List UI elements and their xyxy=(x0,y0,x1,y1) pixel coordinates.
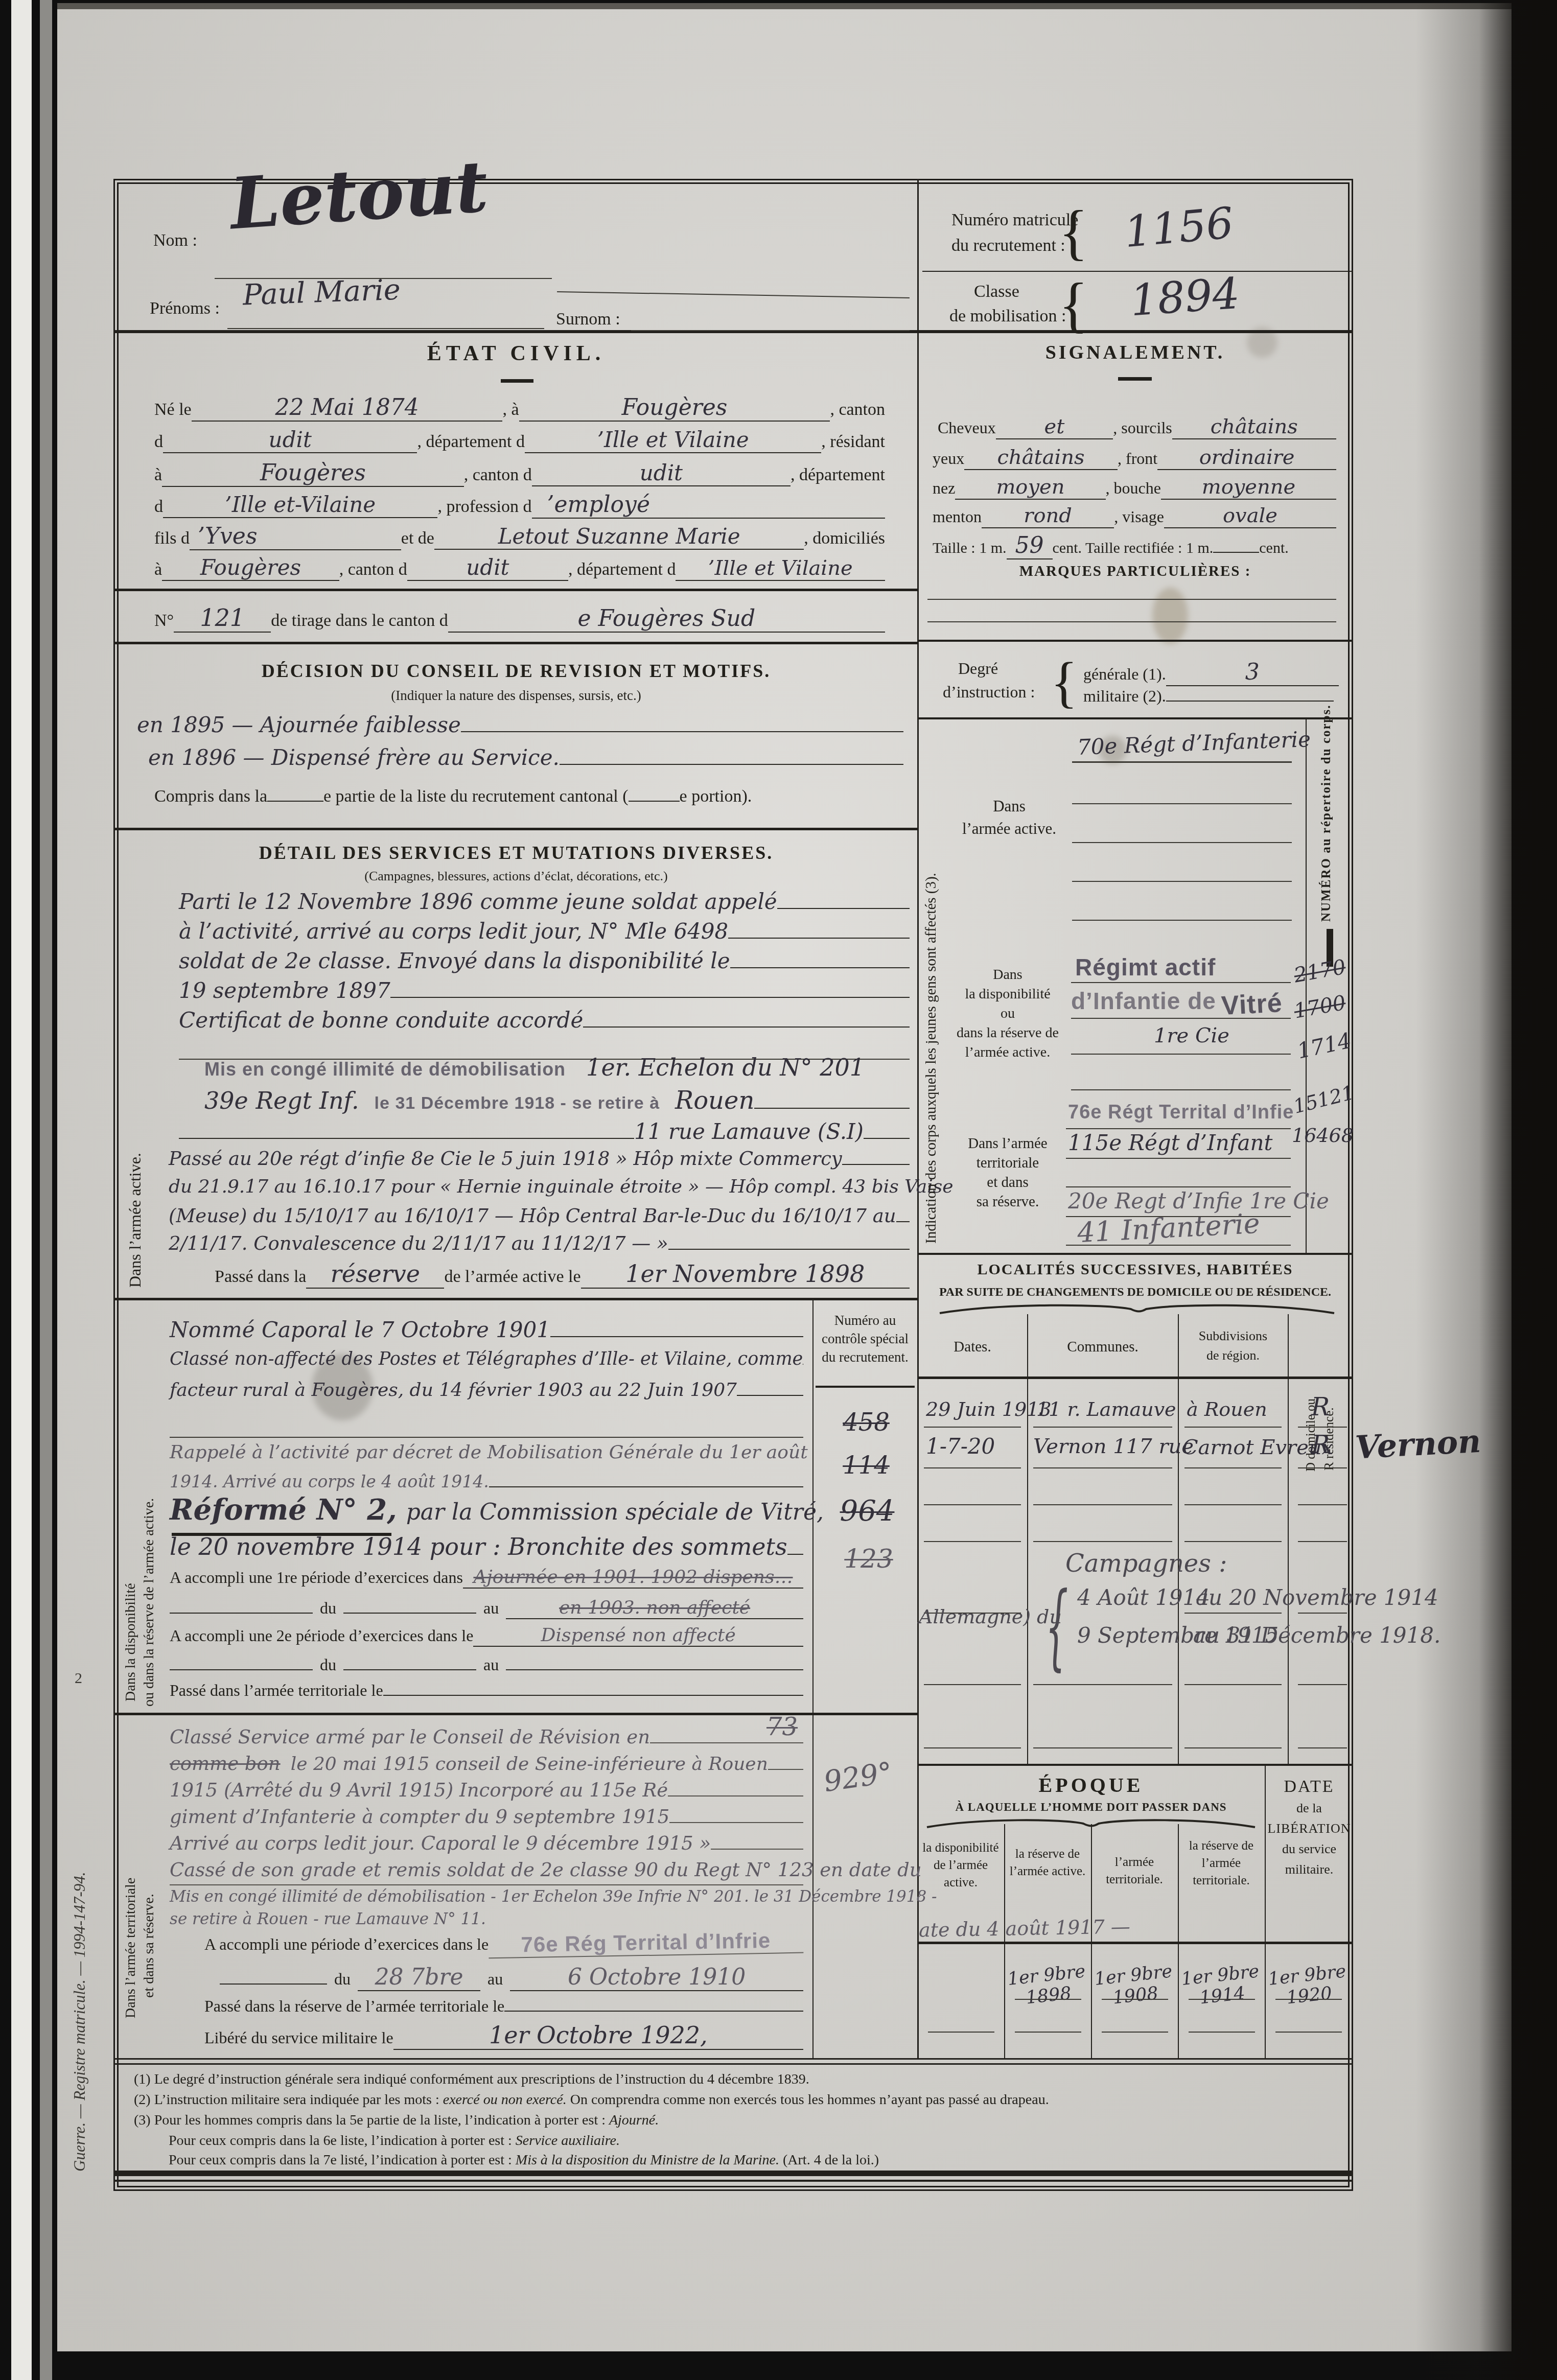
departement-label: , département d xyxy=(417,432,525,452)
localites-r1-dr: R xyxy=(1311,1393,1330,1421)
epoque-date-header-5: militaire. xyxy=(1267,1862,1351,1877)
bronchite-value: le 20 novembre 1914 pour : Bronchite des… xyxy=(170,1533,787,1560)
corps-terr-label-3: et dans xyxy=(957,1174,1059,1191)
residence-a-label: à xyxy=(154,465,162,485)
decision-line-1: en 1895 — Ajournée faiblesse xyxy=(137,712,903,737)
cheveux-label: Cheveux xyxy=(938,418,996,437)
localites-col-subdiv-2: de région. xyxy=(1179,1348,1287,1363)
footnote-2-tail: On comprendra comme non exercés tous les… xyxy=(567,2092,1049,2108)
infanterie-compter-value: giment d’Infanterie à compter du 9 septe… xyxy=(170,1806,669,1828)
footnote-3a-italic: Ajourné. xyxy=(609,2112,659,2128)
services-text-5: Certificat de bonne conduite accordé xyxy=(179,1008,583,1033)
loc-r2-u3 xyxy=(1184,1467,1282,1468)
canton-value: udit xyxy=(163,427,417,453)
rule-matricule-divider xyxy=(922,271,1353,272)
dispo-line-1: Nommé Caporal le 7 Octobre 1901 xyxy=(170,1317,803,1342)
loc-blank-4d xyxy=(1298,1684,1347,1685)
disponibilite-side-label-2: ou dans la réserve de l’armée active. xyxy=(141,1318,157,1707)
epoque-u3 xyxy=(1102,1999,1168,2000)
residence-canton-value: udit xyxy=(532,460,791,486)
services-line-3: soldat de 2e classe. Envoyé dans la disp… xyxy=(179,948,910,973)
epoque-b4 xyxy=(1189,2032,1255,2033)
classe-label-2: de mobilisation : xyxy=(949,307,1066,326)
decision-1896-value: en 1896 — Dispensé frère au Service. xyxy=(148,745,560,770)
services-conge-row-1: Mis en congé illimité de démobilisation … xyxy=(204,1054,910,1081)
divider-localites-2 xyxy=(1178,1314,1179,1764)
reforme-value-rest: par la Commission spéciale de Vitré, xyxy=(406,1499,824,1525)
degre-label-2: d’instruction : xyxy=(943,683,1035,702)
terr-row-2-number: 16468 xyxy=(1292,1124,1354,1147)
etat-civil-title-dash xyxy=(501,379,533,383)
parents-canton-value: udit xyxy=(407,555,568,581)
loc-blank-5c xyxy=(1184,1747,1282,1748)
matricule-brace: { xyxy=(1059,197,1088,268)
marques-blank-2 xyxy=(927,621,1336,622)
localites-title-2: PAR SUITE DE CHANGEMENTS DE DOMICILE OU … xyxy=(917,1286,1353,1299)
nez-value: moyen xyxy=(955,475,1105,500)
departement-value: ’Ille et Vilaine xyxy=(525,427,821,453)
scan-top-edge xyxy=(57,3,1512,9)
corps-active-blank-2 xyxy=(1072,842,1292,843)
terr-passe-reserve-row: Passé dans la réserve de l’armée territo… xyxy=(204,1997,803,2016)
loc-r2-u4 xyxy=(1298,1467,1347,1468)
yeux-value: châtains xyxy=(964,446,1118,470)
corps-active-label-2: l’armée active. xyxy=(955,820,1064,838)
terr-line-5: Arrivé au corps ledit jour. Caporal le 9… xyxy=(170,1832,803,1854)
loc-r1-u1 xyxy=(924,1427,1021,1428)
rule-right-4 xyxy=(917,1764,1353,1766)
localites-r2-date: 1-7-20 xyxy=(926,1434,995,1459)
periode-1-label: A accompli une 1re période d’exercices d… xyxy=(170,1568,463,1587)
degre-brace: { xyxy=(1051,650,1078,715)
services-line-4: 19 septembre 1897 xyxy=(179,978,910,1003)
dispo-line-2: Classé non-affecté des Postes et Télégra… xyxy=(170,1349,803,1369)
birth-label: Né le xyxy=(154,400,192,419)
dispo-periode-2b: du au xyxy=(170,1655,803,1674)
terr-line-4: giment d’Infanterie à compter du 9 septe… xyxy=(170,1806,803,1828)
margin-imprint: Guerre. — Registre matricule. — 1994-147… xyxy=(71,1701,89,2172)
signalement-title: SIGNALEMENT. xyxy=(917,341,1353,364)
etat-civil-row-4: d ’Ille et-Vilaine , profession d ’emplo… xyxy=(154,492,885,519)
menton-label: menton xyxy=(933,507,982,526)
epoque-b1 xyxy=(928,2032,994,2033)
surnom-label: Surnom : xyxy=(556,310,620,329)
services-hopital-3: (Meuse) du 15/10/17 au 16/10/17 — Hôp Ce… xyxy=(169,1205,910,1227)
tirage-row: N° 121 de tirage dans le canton d e Foug… xyxy=(154,604,885,633)
rule-epoque-header xyxy=(917,1942,1353,1944)
casse-grade-value: Cassé de son grade et remis soldat de 2e… xyxy=(170,1859,922,1881)
birth-date-value: 22 Mai 1874 xyxy=(192,394,503,422)
nom-label: Nom : xyxy=(153,231,197,250)
services-conge-row-2: 39e Regt Inf. le 31 Décembre 1918 - se r… xyxy=(204,1086,910,1115)
libere-date-value: 1er Octobre 1922, xyxy=(393,2021,803,2050)
signalement-row-3: nez moyen , bouche moyenne xyxy=(933,475,1336,500)
parents-departement-label: , département d xyxy=(568,560,676,579)
corps-active-label-1: Dans xyxy=(961,797,1058,815)
divider-localites-3 xyxy=(1288,1314,1289,1764)
decision-subtitle: (Indiquer la nature des dispenses, sursi… xyxy=(119,688,914,704)
epoque-u2 xyxy=(1015,1999,1081,2000)
matricule-label-2: du recrutement : xyxy=(951,236,1065,255)
services-text-2: à l’activité, arrivé au corps ledit jour… xyxy=(179,919,728,944)
disponibilite-side-label-1: Dans la disponibilité xyxy=(123,1328,139,1701)
signalement-row-1: Cheveux et , sourcils châtains xyxy=(938,415,1336,439)
dispo-underline-1 xyxy=(1071,982,1291,983)
services-text-1: Parti le 12 Novembre 1896 comme jeune so… xyxy=(179,889,777,914)
terr-libere-row: Libéré du service militaire le 1er Octob… xyxy=(204,2021,803,2050)
classe-label-1: Classe xyxy=(974,282,1019,301)
services-address-row: 11 rue Lamauve (S.I) xyxy=(179,1119,910,1144)
father-label: fils d xyxy=(154,529,190,548)
terr-underline-1 xyxy=(1066,1128,1291,1129)
birth-place-value: Fougères xyxy=(519,394,830,422)
etat-civil-row-1: Né le 22 Mai 1874 , à Fougères , canton xyxy=(154,394,885,422)
divider-controle-left xyxy=(812,1298,814,2058)
epoque-date-header-1: DATE xyxy=(1267,1777,1351,1796)
epoque-b2 xyxy=(1015,2032,1081,2033)
services-hopital-4: 2/11/17. Convalescence du 2/11/17 au 11/… xyxy=(169,1232,910,1254)
father-name-value: ’Yves xyxy=(190,523,401,550)
taille-label: Taille : 1 m. xyxy=(933,540,1007,557)
nez-label: nez xyxy=(933,479,955,498)
footnote-3c-text: Pour ceux compris dans la 7e listé, l’in… xyxy=(169,2152,516,2168)
compagnie-value: 1re Cie xyxy=(1154,1024,1229,1047)
localites-title-1: LOCALITÉS SUCCESSIVES, HABITÉES xyxy=(917,1261,1353,1278)
rule-right-3 xyxy=(917,1253,1353,1255)
loc-blank-4a xyxy=(924,1684,1021,1685)
periode-2-value: Dispensé non affecté xyxy=(473,1625,803,1647)
epoque-value-reserve-territoriale: 1er 9bre 1914 xyxy=(1177,1961,1265,2011)
services-side-label: Dans l’armée active. xyxy=(126,909,145,1288)
services-line-1: Parti le 12 Novembre 1896 comme jeune so… xyxy=(179,889,910,914)
loc-r1-u3 xyxy=(1184,1427,1282,1428)
binding-strip-white xyxy=(11,0,32,2380)
visage-value: ovale xyxy=(1164,504,1336,528)
epoque-value-reserve-active: 1er 9bre 1898 xyxy=(1004,1961,1091,2011)
regiment-actif-stamp-2: d’Infantie de xyxy=(1071,987,1216,1015)
footnote-3a: (3) Pour les hommes compris dans la 5e p… xyxy=(134,2112,659,2129)
campagnes-prefix: Allemagne) du xyxy=(919,1605,1062,1628)
loc-blank-1a xyxy=(924,1504,1021,1505)
campagne-2-to: au 31 Décembre 1918. xyxy=(1193,1623,1440,1648)
territoriale-side-label-2: et dans sa réserve. xyxy=(141,1753,157,1998)
campagne-1-from: 4 Août 1914 xyxy=(1077,1585,1210,1610)
terr-regiment-stamp: 76e Rég Territal d’Infrie xyxy=(489,1928,804,1959)
epoque-date-header-3: LIBÉRATION xyxy=(1267,1821,1351,1836)
dispo-periode-1b: du au en 1903. non affecté xyxy=(170,1597,803,1619)
residence-value: Fougères xyxy=(162,460,464,487)
signalement-row-2: yeux châtains , front ordinaire xyxy=(933,446,1336,470)
taille-value: 59 xyxy=(1007,532,1053,559)
dispo-underline-2 xyxy=(1071,1018,1291,1019)
conge-date-stamp: le 31 Décembre 1918 - se retire à xyxy=(375,1093,660,1113)
corps-dispo-label-5: l’armée active. xyxy=(951,1044,1064,1061)
terr-periode-label: A accompli une période d’exercices dans … xyxy=(204,1935,489,1954)
dispo-underline-4 xyxy=(1071,1089,1291,1090)
parents-departement-value: ’Ille et Vilaine xyxy=(676,556,885,581)
terr-au-label: au xyxy=(487,1970,503,1989)
classe-value: 1894 xyxy=(1129,268,1241,326)
loc-blank-5a xyxy=(924,1747,1021,1748)
services-subtitle: (Campagnes, blessures, actions d’éclat, … xyxy=(119,869,914,884)
corps-dispo-label-3: ou xyxy=(957,1006,1059,1022)
localites-r1-subdiv: à Rouen xyxy=(1187,1398,1267,1420)
compris-label-2: e partie de la liste du recrutement cant… xyxy=(323,787,629,806)
periode-2-du-label: du xyxy=(320,1655,336,1674)
corps-active-blank-1 xyxy=(1072,803,1292,804)
tirage-text-label: de tirage dans le canton d xyxy=(271,611,448,631)
dispo-periode-2: A accompli une 2e période d’exercices da… xyxy=(170,1625,803,1647)
decision-line-2-rule xyxy=(560,762,903,765)
etat-civil-row-3: à Fougères , canton d udit , département xyxy=(154,460,885,487)
parents-residence-value: Fougères xyxy=(162,555,339,581)
footnote-2-text: (2) L’instruction militaire sera indiqué… xyxy=(134,2092,443,2108)
classe-brace: { xyxy=(1059,270,1088,340)
dispo-line-6: Réformé N° 2, par la Commission spéciale… xyxy=(170,1493,803,1527)
rule-controle-header xyxy=(816,1386,915,1388)
footnote-3c: Pour ceux compris dans la 7e listé, l’in… xyxy=(169,2152,879,2168)
front-value: ordinaire xyxy=(1157,446,1336,470)
terr-row-1-stamp: 76e Régt Territal d’Infie xyxy=(1068,1102,1294,1124)
terr-periode-row: A accompli une période d’exercices dans … xyxy=(204,1930,803,1956)
tirage-canton-value: e Fougères Sud xyxy=(448,605,885,633)
militaire-label: militaire (2). xyxy=(1083,687,1166,706)
footnote-3b-text: Pour ceux compris dans la 6e liste, l’in… xyxy=(169,2133,516,2149)
campagnes-title: Campagnes : xyxy=(1065,1549,1227,1578)
etat-civil-row-2: d udit , département d ’Ille et Vilaine … xyxy=(154,427,885,453)
rule-left-4 xyxy=(113,1298,917,1300)
comme-bon-struck: comme bon xyxy=(170,1753,281,1775)
bouche-value: moyenne xyxy=(1161,475,1336,500)
corps-active-blank-3 xyxy=(1072,881,1292,882)
services-hopital-2: du 21.9.17 au 16.10.17 pour « Hernie ing… xyxy=(169,1176,910,1197)
compris-blank-2 xyxy=(629,801,680,802)
footnote-3b: Pour ceux compris dans la 6e liste, l’in… xyxy=(169,2133,620,2149)
dispo-blank-rule xyxy=(170,1437,803,1438)
dispo-underline-3 xyxy=(1071,1054,1291,1055)
epoque-title: ÉPOQUE xyxy=(917,1773,1265,1797)
terr-du-value: 28 7bre xyxy=(358,1964,480,1991)
reserve-label-2: de l’armée active le xyxy=(444,1267,580,1287)
dispo-line-4: Rappelé à l’activité par décret de Mobil… xyxy=(170,1442,803,1463)
decision-line-1-rule xyxy=(461,729,903,732)
rule-right-1 xyxy=(917,640,1353,642)
controle-header: Numéro au contrôle spécial du recrutemen… xyxy=(818,1311,913,1366)
sourcils-label: , sourcils xyxy=(1113,418,1172,437)
loc-blank-1b xyxy=(1033,1504,1172,1505)
residence-departement-label: , département xyxy=(791,465,885,485)
epoque-value-territoriale: 1er 9bre 1908 xyxy=(1090,1961,1178,2011)
mother-label: et de xyxy=(401,529,434,548)
marques-label: MARQUES PARTICULIÈRES : xyxy=(917,563,1353,580)
parents-residence-a-label: à xyxy=(154,560,162,579)
epoque-col-1-header: la disponibilité de l’armée active. xyxy=(920,1839,1002,1892)
degre-generale-row: générale (1). 3 xyxy=(1083,659,1339,686)
corps-side-label: Indication des corps auxquels les jeunes… xyxy=(923,728,940,1244)
decision-line-2: en 1896 — Dispensé frère au Service. xyxy=(148,745,903,770)
conge-echelon-value: 1er. Echelon du N° 201 xyxy=(586,1054,865,1081)
corps-active-underline xyxy=(1072,761,1292,763)
rule-footnotes-top-b xyxy=(113,2063,1353,2065)
compris-label-3: e portion). xyxy=(680,787,752,806)
periode-1-value: Ajournée en 1901. 1902 dispens… xyxy=(463,1567,803,1589)
signalement-title-dash xyxy=(1118,377,1152,381)
taille-rectifiee-label: cent. Taille rectifiée : 1 m. xyxy=(1053,540,1214,557)
conseil-rouen-value: le 20 mai 1915 conseil de Seine-inférieu… xyxy=(291,1754,768,1775)
localites-r2-subdiv: Carnot Evreux xyxy=(1182,1436,1333,1459)
postes-value-2: facteur rural à Fougères, du 14 février … xyxy=(170,1380,737,1401)
terr-line-3: 1915 (Arrêté du 9 Avril 1915) Incorporé … xyxy=(170,1779,803,1801)
footnote-3a-text: (3) Pour les hommes compris dans la 5e p… xyxy=(134,2112,609,2128)
generale-value: 3 xyxy=(1166,659,1339,686)
localites-r1-date: 29 Juin 1913 xyxy=(926,1398,1052,1420)
terr-row-3-value: 20e Regt d’Infie 1re Cie xyxy=(1068,1188,1329,1214)
scan-right-edge xyxy=(1415,0,1557,2380)
dispo-line-3: facteur rural à Fougères, du 14 février … xyxy=(170,1380,803,1401)
terr-du-label: du xyxy=(334,1970,351,1989)
localites-r1-commune: 11 r. Lamauve xyxy=(1036,1398,1176,1420)
caporal-1915-value: Arrivé au corps ledit jour. Caporal le 9… xyxy=(170,1832,711,1854)
tirage-no-label: N° xyxy=(154,611,174,631)
rappel-value-1: Rappelé à l’activité par décret de Mobil… xyxy=(170,1442,808,1463)
epoque-col-2-header: la réserve de l’armée active. xyxy=(1007,1846,1088,1880)
controle-number-2: 114 xyxy=(833,1451,899,1480)
epoque-value-liberation: 1er 9bre 1920 xyxy=(1264,1961,1352,2011)
localites-r2-commune: Vernon 117 rue xyxy=(1033,1435,1194,1458)
reforme-value-bold: Réformé N° 2, xyxy=(170,1493,397,1527)
campagne-1-to: au 20 Novembre 1914 xyxy=(1196,1585,1438,1610)
localites-r2-dr: R xyxy=(1311,1431,1330,1459)
services-reserve-row: Passé dans la réserve de l’armée active … xyxy=(215,1260,910,1289)
etat-civil-title: ÉTAT CIVIL. xyxy=(119,341,914,366)
rule-bottom-band-b xyxy=(113,2180,1353,2182)
libere-label: Libéré du service militaire le xyxy=(204,2028,393,2047)
residence-dep-d-label: d xyxy=(154,497,163,517)
periode-1-au-value: en 1903. non affecté xyxy=(506,1597,803,1619)
terr-au-value: 6 Octobre 1910 xyxy=(510,1964,803,1991)
degre-militaire-row: militaire (2). xyxy=(1083,687,1334,706)
loc-blank-3d xyxy=(1298,1613,1347,1614)
canton-d-label: d xyxy=(154,432,163,452)
dispo-territoriale-row: Passé dans l’armée territoriale le xyxy=(170,1681,803,1700)
hopital-text-4: 2/11/17. Convalescence du 2/11/17 au 11/… xyxy=(169,1232,668,1254)
birth-place-label: , à xyxy=(502,400,519,419)
residant-label: , résidant xyxy=(821,432,885,452)
reserve-label-1: Passé dans la xyxy=(215,1267,306,1287)
terr-line-2: comme bon le 20 mai 1915 conseil de Sein… xyxy=(170,1753,803,1775)
localites-col-communes: Communes. xyxy=(1029,1339,1176,1356)
taille-rectifiee-blank xyxy=(1213,552,1259,553)
corps-dispo-label-1: Dans xyxy=(957,967,1059,983)
profession-label: , profession d xyxy=(437,497,531,517)
front-label: , front xyxy=(1118,449,1157,468)
dispo-line-5: 1914. Arrivé au corps le 4 août 1914. xyxy=(170,1472,803,1491)
marques-blank-1 xyxy=(927,599,1336,600)
terr-du-au-row: du 28 7bre au 6 Octobre 1910 xyxy=(220,1964,803,1991)
dispo-periode-1: A accompli une 1re période d’exercices d… xyxy=(170,1567,803,1589)
services-hopital-1: Passé au 20e régt d’infie 8e Cie le 5 ju… xyxy=(169,1148,910,1170)
postes-value-1: Classé non-affecté des Postes et Télégra… xyxy=(170,1349,803,1369)
footnote-2-italic: exercé ou non exercé. xyxy=(443,2092,567,2108)
regiment-actif-stamp-1: Régimt actif xyxy=(1075,953,1216,981)
divider-epoque-1 xyxy=(1004,1824,1005,2058)
prenoms-underline xyxy=(227,328,544,329)
hopital-text-2: du 21.9.17 au 16.10.17 pour « Hernie ing… xyxy=(169,1176,954,1197)
services-line-2: à l’activité, arrivé au corps ledit jour… xyxy=(179,919,910,944)
rule-footnotes-top-a xyxy=(113,2058,1353,2060)
corps-terr-label-2: territoriale xyxy=(951,1155,1064,1172)
residence-canton-label: , canton d xyxy=(464,465,532,485)
epoque-date-header-2: de la xyxy=(1267,1801,1351,1816)
cheveux-value: et xyxy=(996,415,1113,439)
residence-departement-value: ’Ille et-Vilaine xyxy=(163,492,437,518)
territoriale-side-label-1: Dans l’armée territoriale xyxy=(123,1732,139,2018)
loc-blank-4c xyxy=(1184,1684,1282,1685)
binding-strip-grey xyxy=(40,0,52,2380)
margin-page-number: 2 xyxy=(75,1670,82,1687)
footnote-3c-italic: Mis à la disposition du Ministre de la M… xyxy=(516,2152,779,2168)
terr-passe-label: Passé dans la réserve de l’armée territo… xyxy=(204,1997,504,2016)
numero-repertoire-label: NUMÉRO au répertoire du corps. xyxy=(1319,728,1334,922)
address-value: 11 rue Lamauve (S.I) xyxy=(634,1119,864,1144)
loc-blank-5d xyxy=(1298,1747,1347,1748)
epoque-date-header-4: du service xyxy=(1267,1841,1351,1857)
periode-2-au-label: au xyxy=(483,1655,499,1674)
epoque-subtitle: À LAQUELLE L’HOMME DOIT PASSER DANS xyxy=(917,1801,1265,1814)
conge-demobilisation-value: Mis en congé illimité de démobilisation … xyxy=(170,1887,937,1906)
corps-dispo-label-4: dans la réserve de xyxy=(948,1025,1067,1041)
localites-col-subdiv-1: Subdivisions xyxy=(1179,1328,1287,1344)
arrete-value: 1915 (Arrêté du 9 Avril 1915) Incorporé … xyxy=(170,1779,668,1801)
loc-blank-1d xyxy=(1298,1504,1347,1505)
terr-underline-3 xyxy=(1066,1186,1291,1187)
classe-service-value: Classé Service armé par le Conseil de Ré… xyxy=(170,1726,650,1748)
services-text-4: 19 septembre 1897 xyxy=(179,978,390,1003)
hopital-text-3: (Meuse) du 15/10/17 au 16/10/17 — Hôp Ce… xyxy=(169,1205,896,1227)
decision-1895-value: en 1895 — Ajournée faiblesse xyxy=(137,712,461,737)
periode-1-au-label: au xyxy=(483,1599,499,1618)
signalement-row-4: menton rond , visage ovale xyxy=(933,504,1336,528)
corps-terr-label-4: sa réserve. xyxy=(954,1194,1062,1210)
degre-label-1: Degré xyxy=(958,659,998,678)
epoque-b5 xyxy=(1275,2032,1342,2033)
retire-rouen-value: se retire à Rouen - rue Lamauve N° 11. xyxy=(170,1910,486,1928)
terr-row-2-value: 115e Régt d’Infant xyxy=(1068,1130,1272,1155)
passe-territoriale-label: Passé dans l’armée territoriale le xyxy=(170,1681,383,1700)
loc-blank-1c xyxy=(1184,1504,1282,1505)
visage-label: , visage xyxy=(1114,507,1164,526)
dispo-line-7: le 20 novembre 1914 pour : Bronchite des… xyxy=(170,1533,803,1560)
loc-r1-u2 xyxy=(1033,1427,1172,1428)
prenoms-value: Paul Marie xyxy=(242,273,401,312)
conge-ville-value: Rouen xyxy=(675,1086,754,1115)
rule-right-2 xyxy=(917,717,1353,719)
corps-active-blank-4 xyxy=(1072,920,1292,921)
decision-compris-row: Compris dans la e partie de la liste du … xyxy=(154,787,890,806)
decision-title: DÉCISION DU CONSEIL DE REVISION ET MOTIF… xyxy=(119,660,914,682)
mother-name-value: Letout Suzanne Marie xyxy=(434,524,804,550)
rule-left-1 xyxy=(113,589,917,591)
surnom-underline xyxy=(631,330,910,331)
terr-line-1: Classé Service armé par le Conseil de Ré… xyxy=(170,1726,803,1748)
tirage-number-value: 121 xyxy=(174,604,271,633)
epoque-b3 xyxy=(1102,2032,1168,2033)
canton-label: , canton xyxy=(830,400,885,419)
epoque-u4 xyxy=(1189,1999,1255,2000)
localites-col-dates: Dates. xyxy=(920,1339,1025,1356)
divider-localites-1 xyxy=(1027,1314,1028,1764)
footnote-1: (1) Le degré d’instruction générale sera… xyxy=(134,2071,809,2088)
